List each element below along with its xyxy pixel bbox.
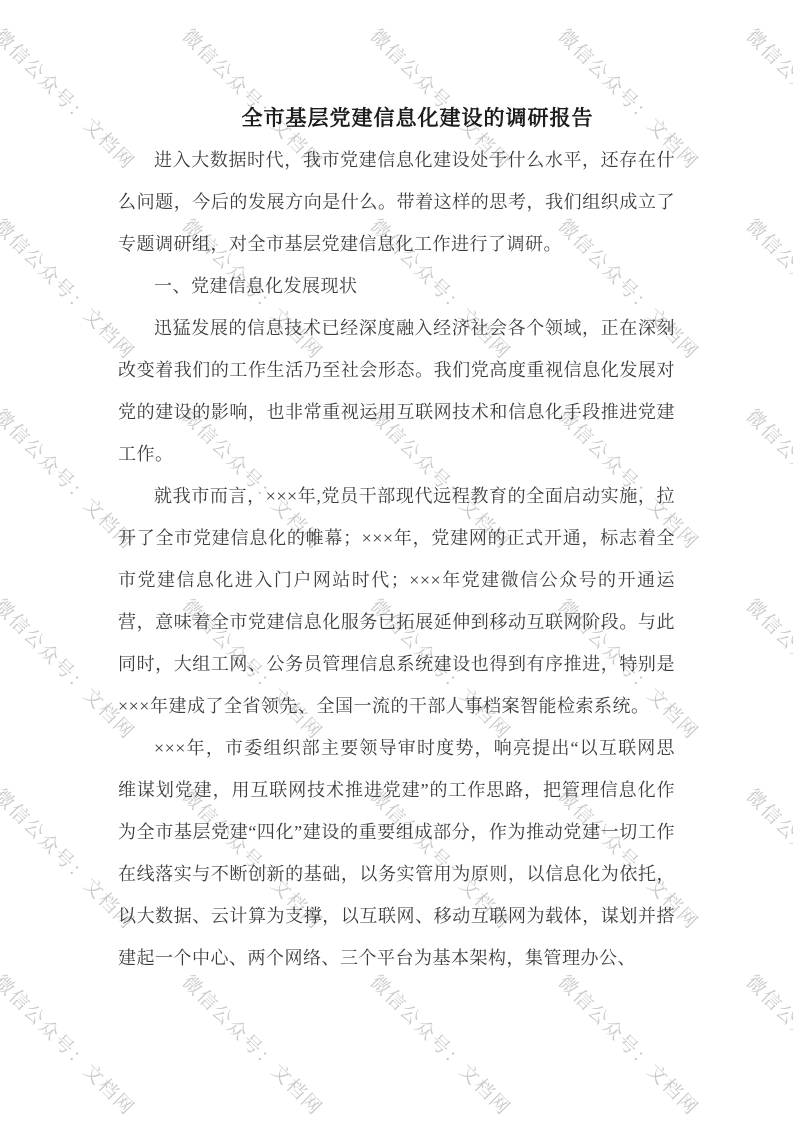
watermark-text: 微信公众号：文档网	[177, 968, 330, 1121]
watermark-text: 微信公众号：文档网	[741, 968, 793, 1121]
document-page: 微信公众号：文档网微信公众号：文档网微信公众号：文档网微信公众号：文档网微信公众…	[0, 0, 793, 1122]
section-1-heading: 一、党建信息化发展现状	[118, 265, 675, 307]
watermark-text: 微信公众号：文档网	[741, 212, 793, 365]
intro-paragraph: 进入大数据时代，我市党建信息化建设处于什么水平，还存在什么问题，今后的发展方向是…	[118, 139, 675, 265]
watermark-text: 微信公众号：文档网	[741, 782, 793, 935]
section-1-paragraph-2: 就我市而言，×××年,党员干部现代远程教育的全面启动实施，拉开了全市党建信息化的…	[118, 475, 675, 727]
watermark-text: 微信公众号：文档网	[553, 968, 706, 1121]
document-content: 全市基层党建信息化建设的调研报告 进入大数据时代，我市党建信息化建设处于什么水平…	[118, 97, 675, 979]
watermark-text: 微信公众号：文档网	[365, 968, 518, 1121]
watermark-text: 微信公众号：文档网	[741, 592, 793, 745]
document-title: 全市基层党建信息化建设的调研报告	[118, 97, 675, 139]
section-1-paragraph-1: 迅猛发展的信息技术已经深度融入经济社会各个领域，正在深刻改变着我们的工作生活乃至…	[118, 307, 675, 475]
watermark-text: 微信公众号：文档网	[741, 22, 793, 175]
watermark-text: 微信公众号：文档网	[741, 402, 793, 555]
watermark-text: 微信公众号：文档网	[0, 968, 142, 1121]
section-1-paragraph-3: ×××年，市委组织部主要领导审时度势，响亮提出“以互联网思维谋划党建，用互联网技…	[118, 727, 675, 979]
